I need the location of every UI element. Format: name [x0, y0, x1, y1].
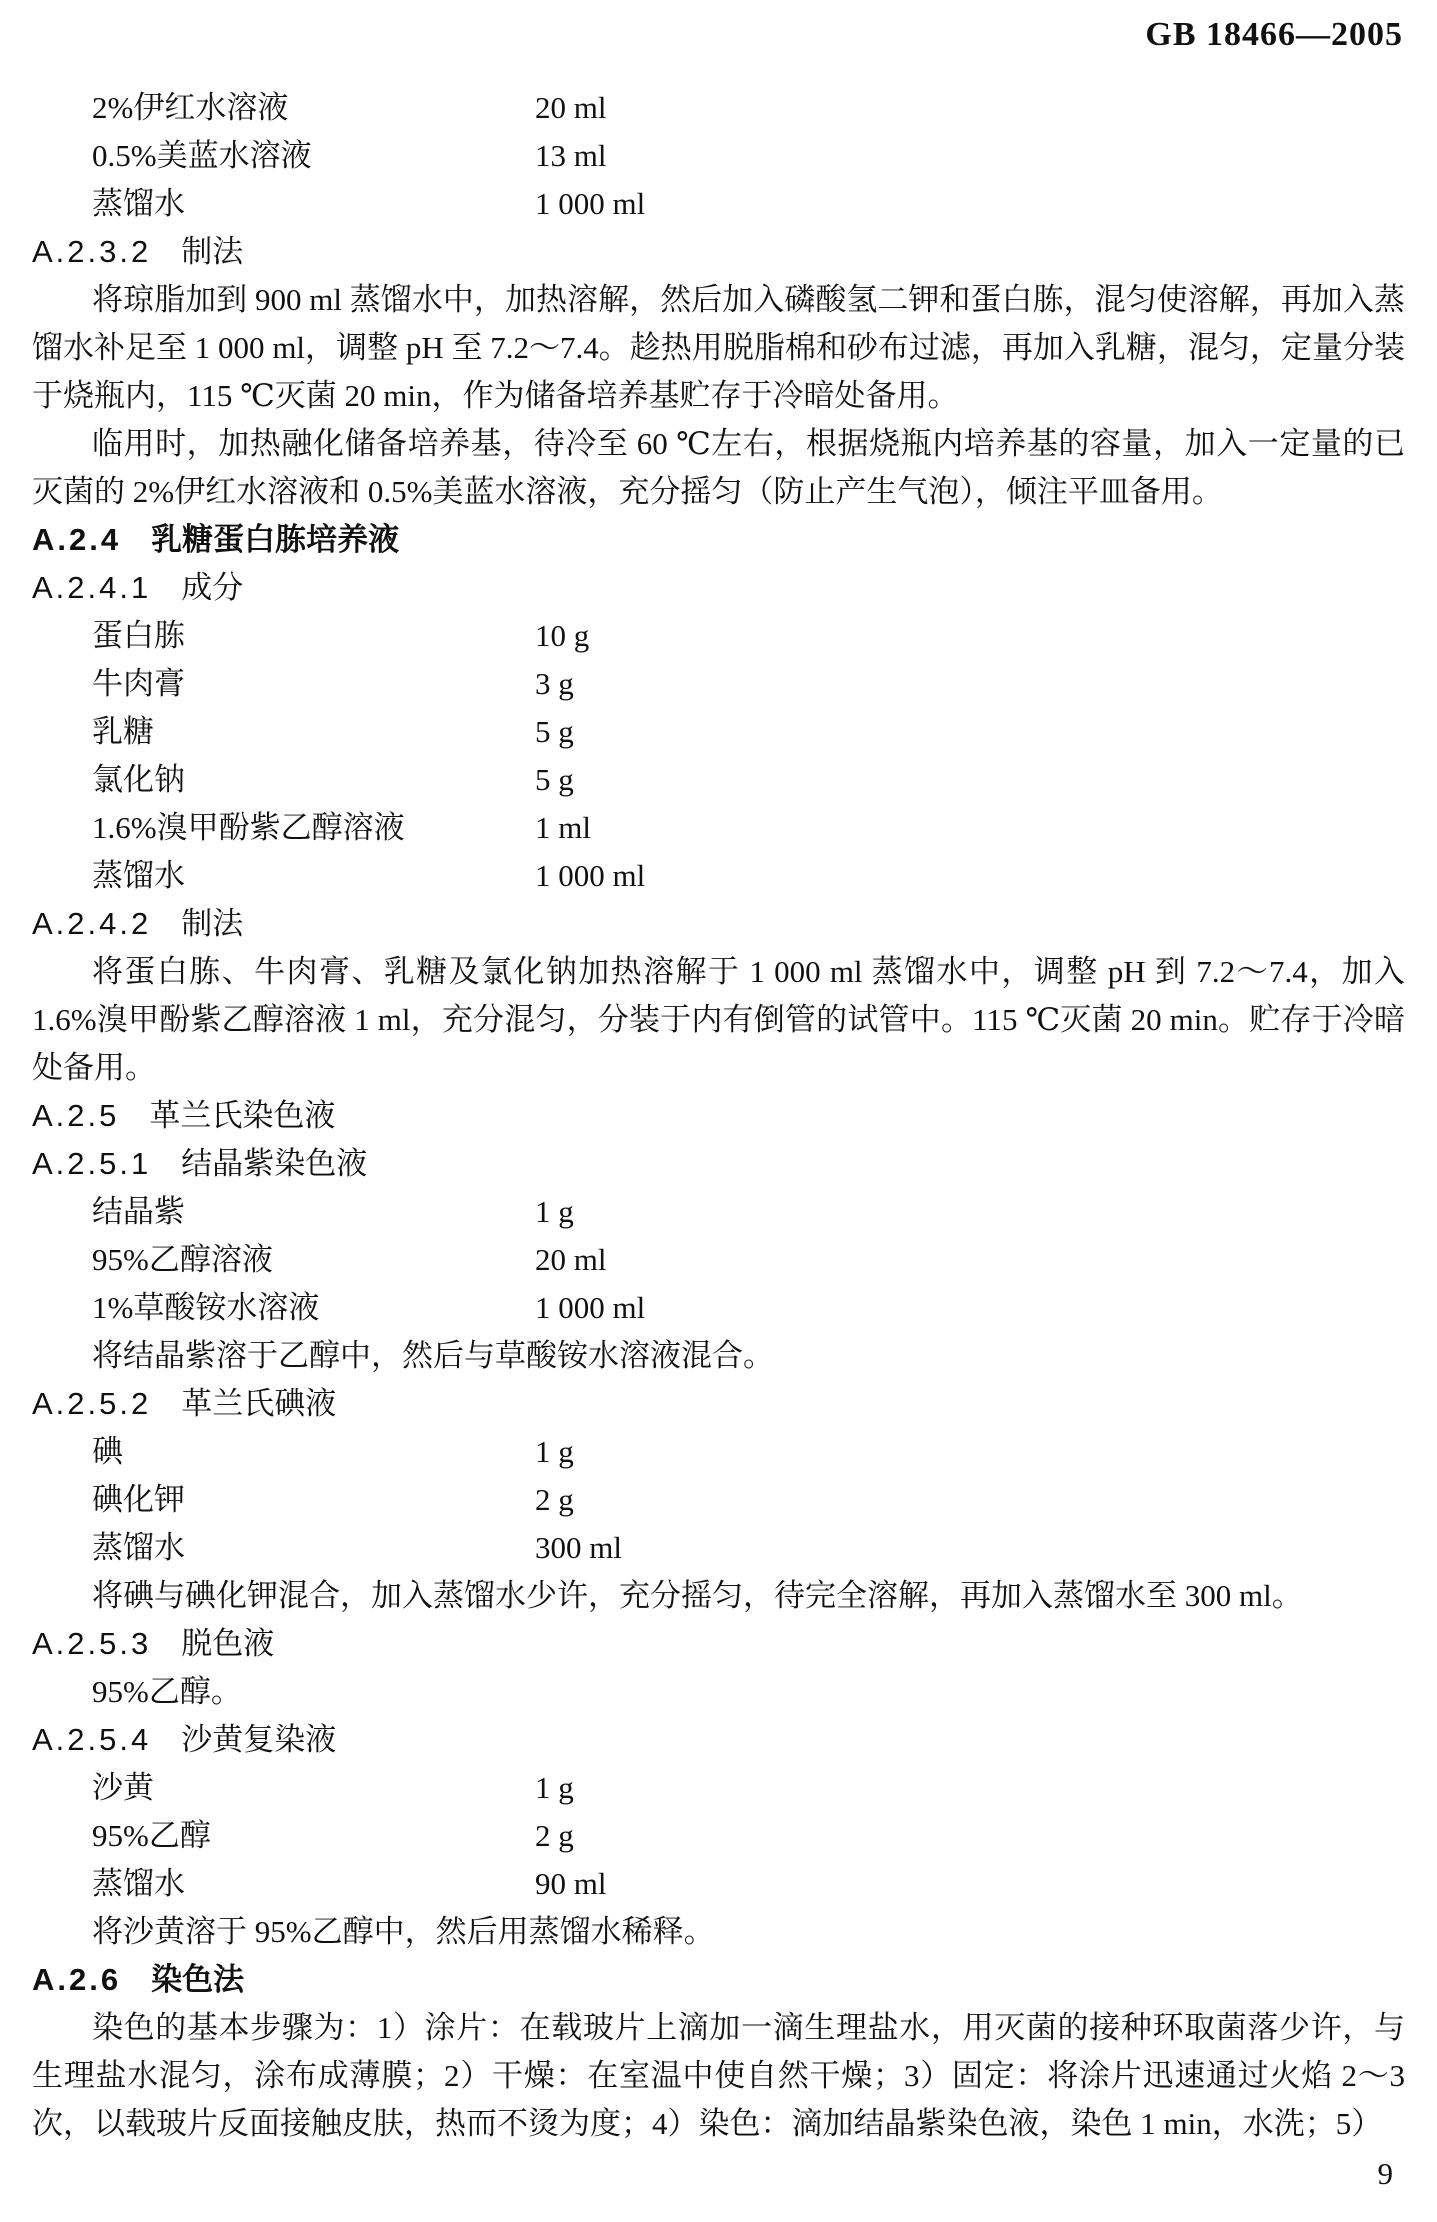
section-heading-a251: A.2.5.1结晶紫染色液 [32, 1140, 1405, 1188]
section-heading-a26: A.2.6染色法 [32, 1956, 1405, 2004]
section-title: 制法 [181, 906, 243, 941]
ingredient-row: 95%乙醇 2 g [32, 1812, 1405, 1860]
section-title: 革兰氏染色液 [149, 1098, 335, 1133]
ingredient-row: 蒸馏水 1 000 ml [32, 180, 1405, 228]
ingredient-name: 95%乙醇溶液 [92, 1236, 273, 1284]
ingredient-row: 0.5%美蓝水溶液 13 ml [32, 132, 1405, 180]
section-title: 成分 [181, 570, 243, 605]
ingredient-name: 蒸馏水 [92, 852, 185, 900]
preparation-note: 将碘与碘化钾混合，加入蒸馏水少许，充分摇匀，待完全溶解，再加入蒸馏水至 300 … [32, 1572, 1405, 1620]
document-page: GB 18466—2005 2%伊红水溶液 20 ml 0.5%美蓝水溶液 13… [0, 0, 1437, 2222]
ingredient-amount: 1 g [535, 1188, 574, 1236]
section-title: 沙黄复染液 [181, 1722, 336, 1757]
ingredient-name: 结晶紫 [92, 1188, 185, 1236]
preparation-note: 将沙黄溶于 95%乙醇中，然后用蒸馏水稀释。 [32, 1908, 1405, 1956]
ingredient-amount: 5 g [535, 708, 574, 756]
ingredient-amount: 10 g [535, 612, 589, 660]
section-number: A.2.6 [32, 1962, 121, 1997]
ingredient-row: 2%伊红水溶液 20 ml [32, 84, 1405, 132]
ingredient-name: 蒸馏水 [92, 180, 185, 228]
ingredient-row: 结晶紫 1 g [32, 1188, 1405, 1236]
ingredient-name: 沙黄 [92, 1764, 154, 1812]
paragraph: 染色的基本步骤为：1）涂片：在载玻片上滴加一滴生理盐水，用灭菌的接种环取菌落少许… [32, 2004, 1405, 2148]
ingredient-row: 碘化钾 2 g [32, 1476, 1405, 1524]
paragraph: 临用时，加热融化储备培养基，待冷至 60 ℃左右，根据烧瓶内培养基的容量，加入一… [32, 420, 1405, 516]
ingredient-name: 蒸馏水 [92, 1860, 185, 1908]
ingredient-row: 蒸馏水 300 ml [32, 1524, 1405, 1572]
section-number: A.2.5.4 [32, 1722, 151, 1757]
ingredient-name: 蒸馏水 [92, 1524, 185, 1572]
ingredient-amount: 20 ml [535, 1236, 606, 1284]
paragraph: 将蛋白胨、牛肉膏、乳糖及氯化钠加热溶解于 1 000 ml 蒸馏水中，调整 pH… [32, 948, 1405, 1092]
section-title: 结晶紫染色液 [181, 1146, 367, 1181]
ingredient-row: 沙黄 1 g [32, 1764, 1405, 1812]
section-number: A.2.3.2 [32, 234, 151, 269]
ingredient-amount: 13 ml [535, 132, 606, 180]
ingredient-amount: 90 ml [535, 1860, 606, 1908]
ingredient-name: 1.6%溴甲酚紫乙醇溶液 [92, 804, 405, 852]
ingredient-name: 氯化钠 [92, 756, 185, 804]
section-title: 脱色液 [181, 1626, 274, 1661]
section-number: A.2.5.2 [32, 1386, 151, 1421]
section-heading-a241: A.2.4.1成分 [32, 564, 1405, 612]
ingredient-name: 乳糖 [92, 708, 154, 756]
section-title: 乳糖蛋白胨培养液 [151, 522, 399, 557]
ingredient-amount: 3 g [535, 660, 574, 708]
ingredient-name: 0.5%美蓝水溶液 [92, 132, 312, 180]
section-heading-a254: A.2.5.4沙黄复染液 [32, 1716, 1405, 1764]
section-number: A.2.4 [32, 522, 121, 557]
section-heading-a25: A.2.5革兰氏染色液 [32, 1092, 1405, 1140]
ingredient-row: 1%草酸铵水溶液 1 000 ml [32, 1284, 1405, 1332]
paragraph: 将琼脂加到 900 ml 蒸馏水中，加热溶解，然后加入磷酸氢二钾和蛋白胨，混匀使… [32, 276, 1405, 420]
standard-code: GB 18466—2005 [1145, 16, 1403, 54]
ingredient-row: 乳糖 5 g [32, 708, 1405, 756]
ingredient-row: 蒸馏水 1 000 ml [32, 852, 1405, 900]
section-heading-a253: A.2.5.3脱色液 [32, 1620, 1405, 1668]
ingredient-name: 蛋白胨 [92, 612, 185, 660]
section-number: A.2.5 [32, 1098, 119, 1133]
ingredient-amount: 1 ml [535, 804, 591, 852]
ingredient-amount: 1 g [535, 1764, 574, 1812]
ingredient-name: 2%伊红水溶液 [92, 84, 288, 132]
ingredient-amount: 20 ml [535, 84, 606, 132]
ingredient-amount: 300 ml [535, 1524, 622, 1572]
section-number: A.2.4.1 [32, 570, 151, 605]
ingredient-amount: 2 g [535, 1812, 574, 1860]
ingredient-row: 氯化钠 5 g [32, 756, 1405, 804]
ingredient-row: 95%乙醇溶液 20 ml [32, 1236, 1405, 1284]
section-number: A.2.4.2 [32, 906, 151, 941]
page-number: 9 [1378, 2150, 1394, 2198]
ingredient-amount: 1 000 ml [535, 852, 645, 900]
ingredient-name: 碘化钾 [92, 1476, 185, 1524]
section-title: 制法 [181, 234, 243, 269]
ingredient-row: 牛肉膏 3 g [32, 660, 1405, 708]
section-number: A.2.5.1 [32, 1146, 151, 1181]
ingredient-row: 蒸馏水 90 ml [32, 1860, 1405, 1908]
section-title: 染色法 [151, 1962, 244, 1997]
ingredient-name: 95%乙醇 [92, 1812, 211, 1860]
ingredient-name: 1%草酸铵水溶液 [92, 1284, 319, 1332]
section-heading-a24: A.2.4乳糖蛋白胨培养液 [32, 516, 1405, 564]
ingredient-amount: 1 000 ml [535, 1284, 645, 1332]
decolorizer-content: 95%乙醇。 [32, 1668, 1405, 1716]
ingredient-name: 牛肉膏 [92, 660, 185, 708]
ingredient-row: 蛋白胨 10 g [32, 612, 1405, 660]
section-heading-a242: A.2.4.2制法 [32, 900, 1405, 948]
ingredient-amount: 1 g [535, 1428, 574, 1476]
ingredient-amount: 5 g [535, 756, 574, 804]
section-number: A.2.5.3 [32, 1626, 151, 1661]
preparation-note: 将结晶紫溶于乙醇中，然后与草酸铵水溶液混合。 [32, 1332, 1405, 1380]
document-content: 2%伊红水溶液 20 ml 0.5%美蓝水溶液 13 ml 蒸馏水 1 000 … [32, 84, 1405, 2148]
ingredient-row: 1.6%溴甲酚紫乙醇溶液 1 ml [32, 804, 1405, 852]
ingredient-amount: 1 000 ml [535, 180, 645, 228]
section-heading-a232: A.2.3.2制法 [32, 228, 1405, 276]
ingredient-row: 碘 1 g [32, 1428, 1405, 1476]
ingredient-amount: 2 g [535, 1476, 574, 1524]
section-title: 革兰氏碘液 [181, 1386, 336, 1421]
ingredient-name: 碘 [92, 1428, 123, 1476]
section-heading-a252: A.2.5.2革兰氏碘液 [32, 1380, 1405, 1428]
